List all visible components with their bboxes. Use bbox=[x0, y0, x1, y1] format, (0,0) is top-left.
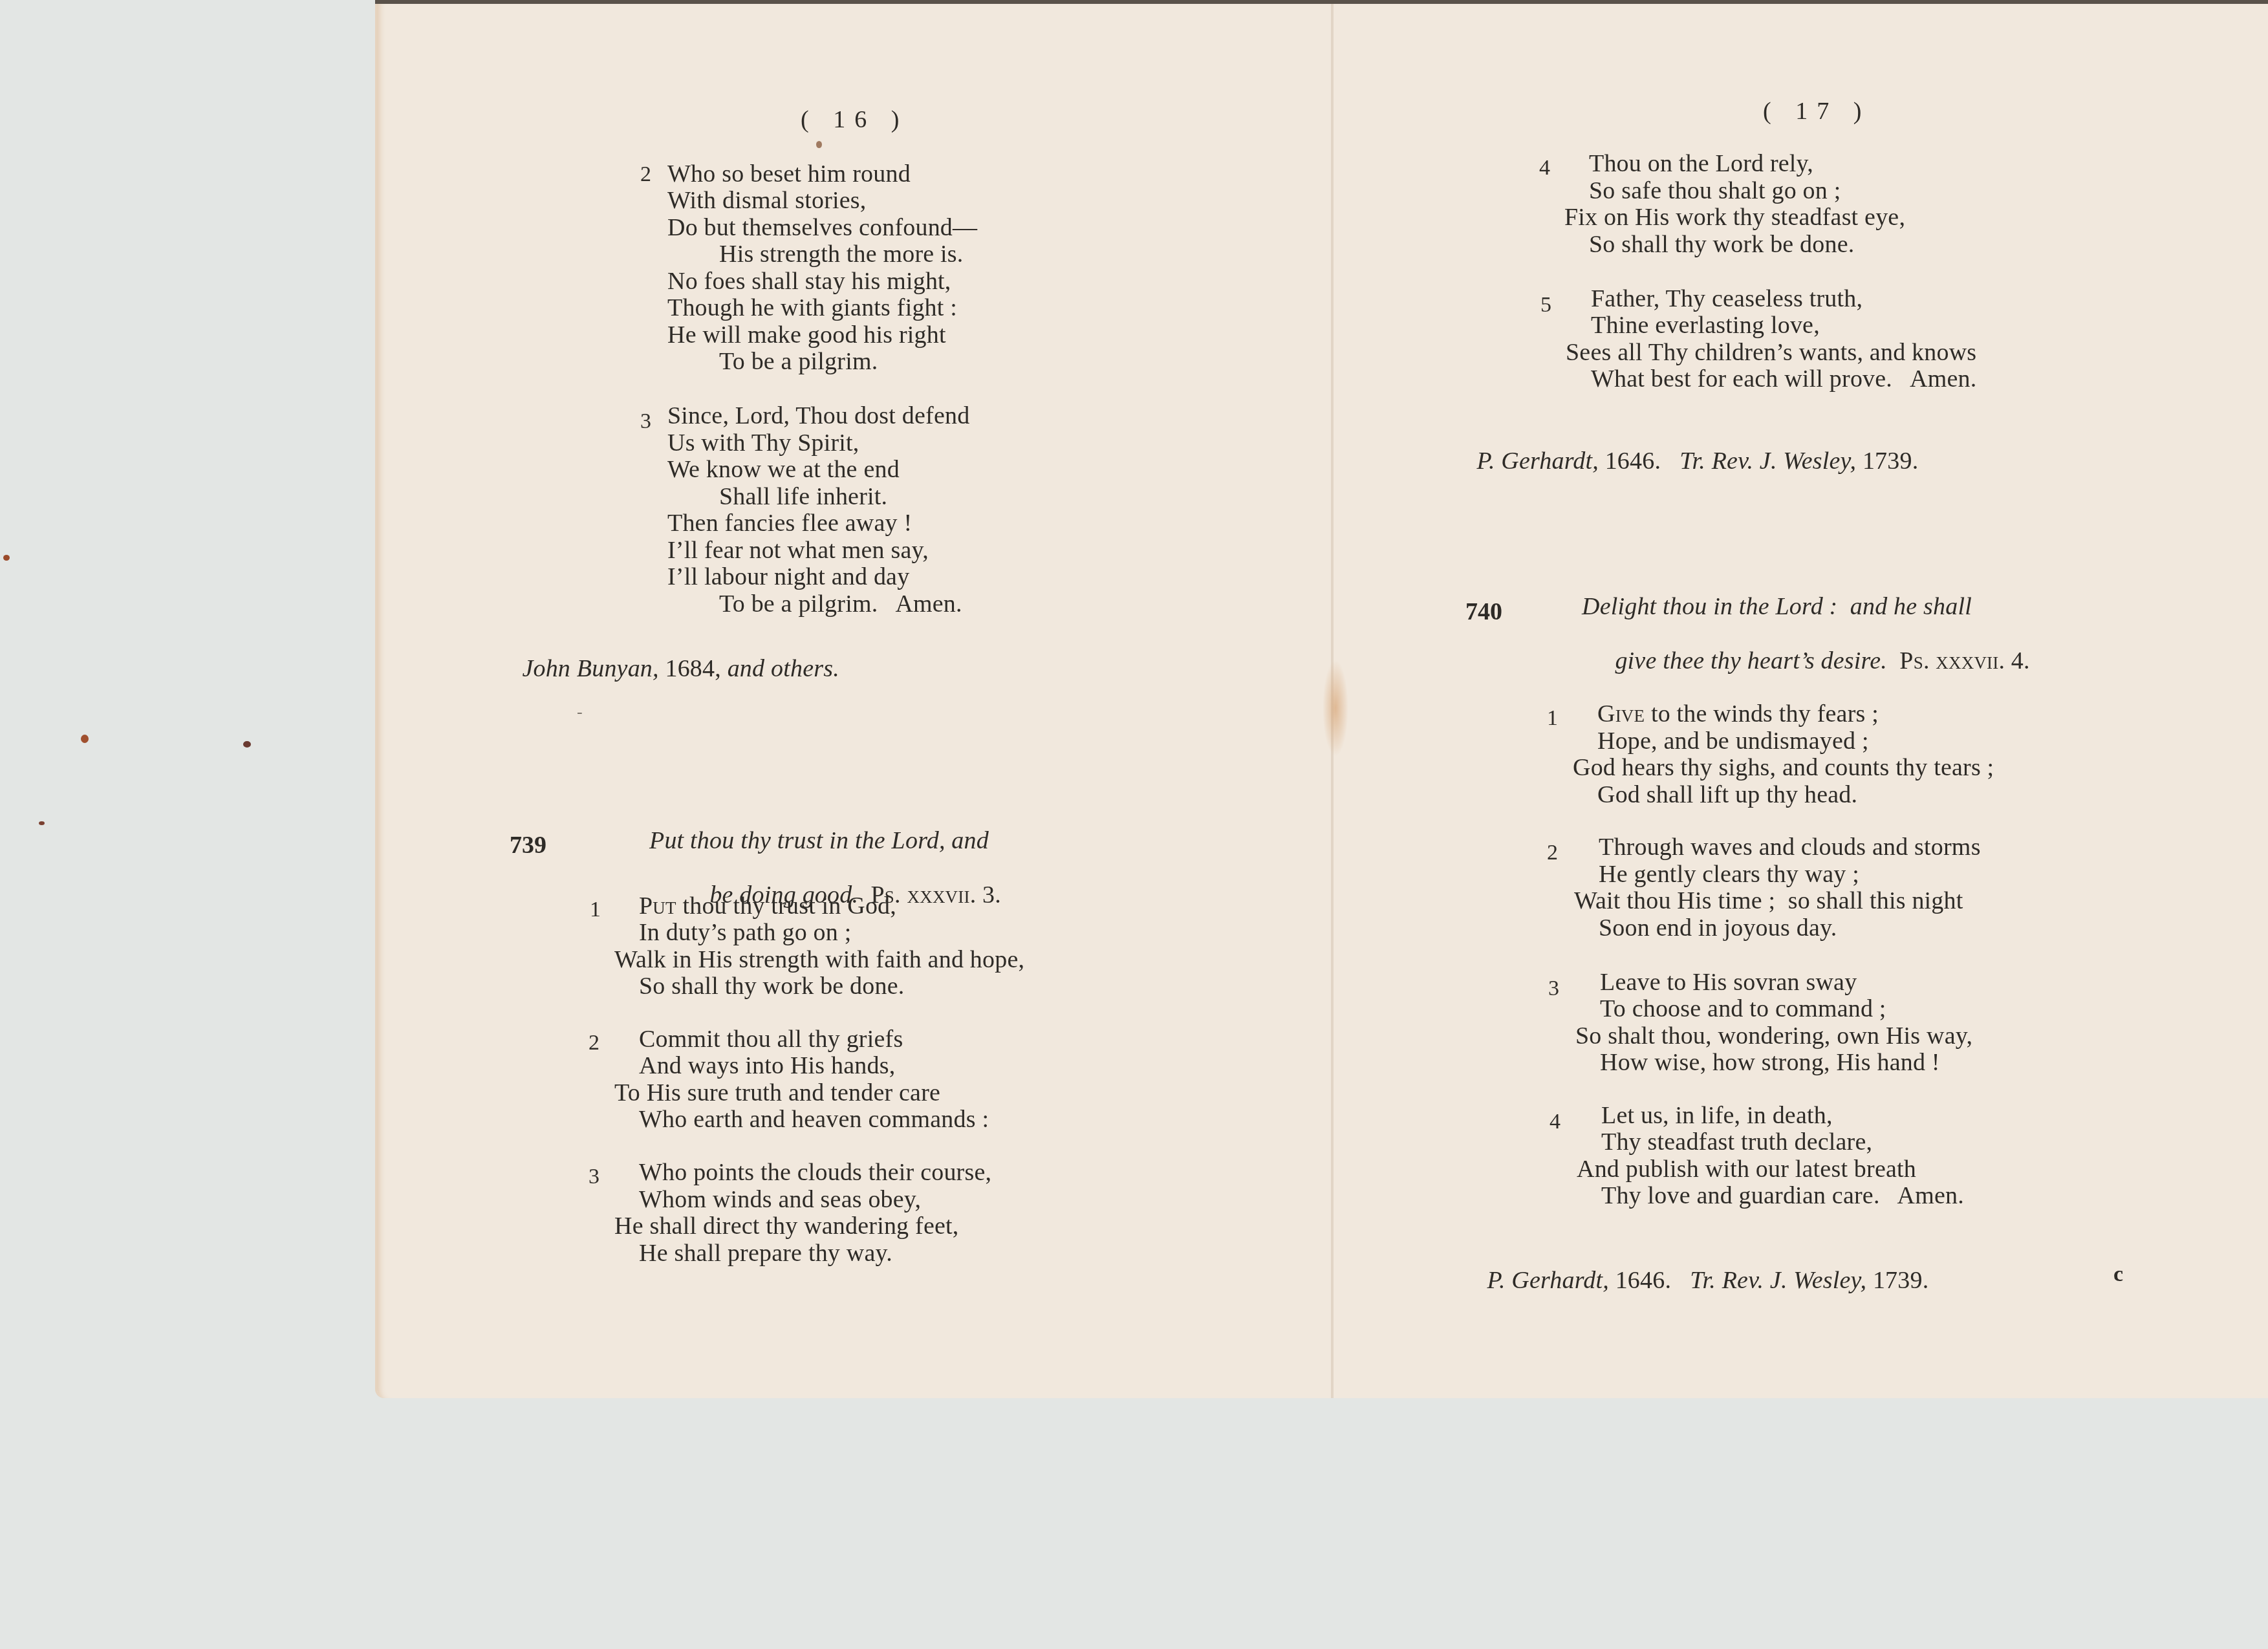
verse-line: Give to the winds thy fears ; bbox=[1597, 701, 1879, 728]
verse-line: Hope, and be undismayed ; bbox=[1597, 728, 1869, 755]
stanza-number: 3 bbox=[1548, 976, 1559, 1001]
verse-line: With dismal stories, bbox=[667, 188, 867, 215]
verse-line: What best for each will prove. Amen. bbox=[1591, 366, 1976, 393]
ink-dot bbox=[816, 141, 822, 148]
verse-line: Who points the clouds their course, bbox=[639, 1159, 991, 1187]
debris-mark bbox=[81, 735, 89, 743]
verse-line: God shall lift up thy head. bbox=[1597, 782, 1857, 809]
hymn-title-line1: Put thou thy trust in the Lord, and bbox=[649, 828, 989, 855]
attribution-year: 1646. bbox=[1609, 1267, 1671, 1294]
stray-dash: - bbox=[577, 698, 583, 726]
verse-line: Sees all Thy children’s wants, and knows bbox=[1566, 339, 1976, 367]
verse-line: So shall thy work be done. bbox=[639, 973, 905, 1000]
verse-line: To His sure truth and tender care bbox=[614, 1080, 940, 1107]
verse-line: Leave to His sovran sway bbox=[1600, 969, 1857, 997]
debris-mark bbox=[39, 821, 45, 825]
verse-line: Thine everlasting love, bbox=[1591, 312, 1820, 339]
stanza-number: 2 bbox=[589, 1031, 599, 1055]
first-word: Give bbox=[1597, 700, 1645, 727]
signature-mark: c bbox=[2113, 1261, 2123, 1288]
verse-line: He will make good his right bbox=[667, 322, 946, 349]
verse-line: Shall life inherit. bbox=[719, 484, 887, 511]
stanza-number: 1 bbox=[590, 898, 601, 922]
verse-line: Whom winds and seas obey, bbox=[639, 1187, 921, 1214]
debris-mark bbox=[243, 741, 251, 748]
verse-line: Commit thou all thy griefs bbox=[639, 1026, 903, 1053]
hymn-number: 739 bbox=[510, 831, 546, 859]
attribution-tr-year: 1739. bbox=[1856, 447, 1918, 475]
verse-line: Soon end in joyous day. bbox=[1599, 915, 1837, 942]
attribution-translator: Tr. Rev. J. Wesley, bbox=[1671, 1267, 1866, 1294]
verse-line: He gently clears thy way ; bbox=[1599, 861, 1859, 889]
verse-line: He shall prepare thy way. bbox=[639, 1240, 892, 1267]
page-number-left: ( 16 ) bbox=[801, 105, 908, 134]
attribution-author: John Bunyan, bbox=[522, 655, 658, 682]
verse-line: Father, Thy ceaseless truth, bbox=[1591, 286, 1863, 313]
attribution-year: 1646. bbox=[1599, 447, 1661, 475]
verse-line: I’ll labour night and day bbox=[667, 564, 909, 591]
verse-line: So shall thy work be done. bbox=[1589, 232, 1855, 259]
hymn-title-line2: give thee thy heart’s desire. Ps. xxxvii… bbox=[1603, 621, 2030, 674]
verse-line: God hears thy sighs, and counts thy tear… bbox=[1573, 755, 1994, 782]
stanza-number: 4 bbox=[1539, 156, 1550, 180]
verse-line: Who earth and heaven commands : bbox=[639, 1106, 989, 1134]
stanza-number: 2 bbox=[640, 162, 651, 187]
verse-line: And ways into His hands, bbox=[639, 1053, 895, 1080]
spine-stain bbox=[1323, 660, 1348, 757]
verse-line: Though he with giants fight : bbox=[667, 295, 957, 322]
attribution-translator: Tr. Rev. J. Wesley, bbox=[1661, 447, 1856, 475]
verse-line: How wise, how strong, His hand ! bbox=[1600, 1050, 1940, 1077]
attribution: John Bunyan, 1684, and others. bbox=[510, 629, 839, 682]
stanza-number: 3 bbox=[589, 1165, 599, 1189]
verse-line: To choose and to command ; bbox=[1600, 996, 1886, 1023]
verse-line: Through waves and clouds and storms bbox=[1599, 834, 1981, 861]
line-rest: thou thy trust in God, bbox=[676, 892, 896, 920]
attribution-tr-year: 1739. bbox=[1866, 1267, 1928, 1294]
attribution-author: P. Gerhardt, bbox=[1487, 1267, 1609, 1294]
verse-line: Then fancies flee away ! bbox=[667, 510, 912, 537]
verse-line: So safe thou shalt go on ; bbox=[1589, 178, 1841, 205]
hymn-number: 740 bbox=[1465, 598, 1502, 626]
verse-line: We know we at the end bbox=[667, 457, 900, 484]
scripture-reference: Ps. xxxvii. 4. bbox=[1887, 647, 2030, 674]
verse-line: Who so beset him round bbox=[667, 161, 911, 188]
attribution-year: 1684, bbox=[659, 655, 721, 682]
verse-line: Let us, in life, in death, bbox=[1601, 1103, 1833, 1130]
stanza-number: 3 bbox=[640, 409, 651, 434]
verse-line: Since, Lord, Thou dost defend bbox=[667, 403, 969, 430]
attribution: P. Gerhardt, 1646. Tr. Rev. J. Wesley, 1… bbox=[1474, 1240, 1928, 1294]
stanza-number: 5 bbox=[1540, 293, 1551, 318]
verse-line: Thou on the Lord rely, bbox=[1589, 151, 1813, 178]
verse-line: Wait thou His time ; so shall this night bbox=[1574, 888, 1963, 915]
attribution: P. Gerhardt, 1646. Tr. Rev. J. Wesley, 1… bbox=[1464, 421, 1918, 475]
first-word: Put bbox=[639, 892, 676, 920]
verse-line: Thy love and guardian care. Amen. bbox=[1601, 1183, 1964, 1210]
verse-line: His strength the more is. bbox=[719, 241, 964, 268]
verse-line: To be a pilgrim. bbox=[719, 349, 878, 376]
verse-line: He shall direct thy wandering feet, bbox=[614, 1213, 958, 1240]
verse-line: Walk in His strength with faith and hope… bbox=[614, 947, 1024, 974]
verse-line: Us with Thy Spirit, bbox=[667, 430, 859, 457]
verse-line: I’ll fear not what men say, bbox=[667, 537, 929, 565]
verse-line: Put thou thy trust in God, bbox=[639, 893, 896, 920]
stanza-number: 4 bbox=[1550, 1110, 1561, 1134]
verse-line: Do but themselves confound— bbox=[667, 215, 977, 242]
line-rest: to the winds thy fears ; bbox=[1645, 700, 1879, 727]
verse-line: So shalt thou, wondering, own His way, bbox=[1575, 1023, 1972, 1050]
hymn-title-text: give thee thy heart’s desire. bbox=[1615, 647, 1887, 674]
hymn-title-line1: Delight thou in the Lord : and he shall bbox=[1582, 594, 1972, 621]
verse-line: To be a pilgrim. Amen. bbox=[719, 591, 962, 618]
attribution-rest: and others. bbox=[721, 655, 839, 682]
stanza-number: 2 bbox=[1547, 841, 1558, 865]
verse-line: No foes shall stay his might, bbox=[667, 268, 951, 296]
verse-line: Thy steadfast truth declare, bbox=[1601, 1129, 1872, 1156]
stanza-number: 1 bbox=[1547, 706, 1558, 731]
page-number-right: ( 17 ) bbox=[1763, 97, 1870, 125]
verse-line: Fix on His work thy steadfast eye, bbox=[1564, 204, 1905, 232]
attribution-author: P. Gerhardt, bbox=[1476, 447, 1599, 475]
debris-mark bbox=[3, 555, 10, 561]
verse-line: And publish with our latest breath bbox=[1577, 1156, 1916, 1183]
verse-line: In duty’s path go on ; bbox=[639, 920, 851, 947]
